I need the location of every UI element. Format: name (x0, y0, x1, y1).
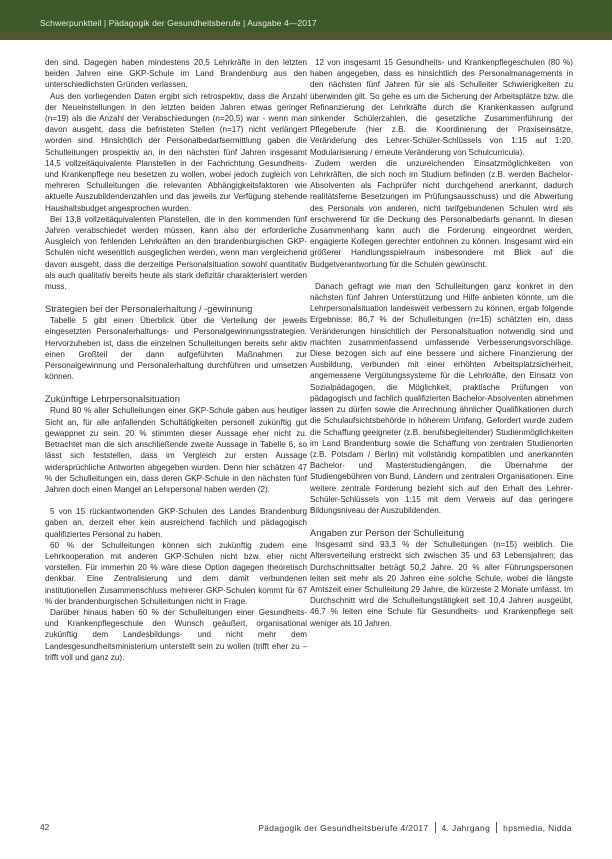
paragraph: Danach gefragt wie man den Schulleitunge… (310, 281, 573, 516)
footer-volume: 4. Jahrgang (442, 823, 491, 833)
paragraph: Zudem werden die unzureichenden Einsatzm… (310, 158, 573, 270)
paragraph: Darüber hinaus haben 60 % der Schulleitu… (45, 607, 307, 663)
paragraph: Aus den vorliegenden Daten ergibt sich r… (45, 91, 307, 214)
running-header-bar: Schwerpunktteil | Pädagogik der Gesundhe… (0, 0, 612, 32)
paragraph: den sind. Dagegen haben mindestens 20,5 … (45, 57, 307, 91)
section-heading-personalerhaltung: Strategien bei der Personalerhaltung / -… (45, 303, 307, 315)
left-column: den sind. Dagegen haben mindestens 20,5 … (45, 57, 307, 663)
running-header-title: Schwerpunktteil | Pädagogik der Gesundhe… (40, 18, 317, 28)
paragraph: 12 von insgesamt 15 Gesundheits- und Kra… (310, 57, 573, 158)
section-heading-schulleitung: Angaben zur Person der Schulleitung (310, 527, 573, 539)
paragraph: 60 % der Schulleitungen können sich zukü… (45, 540, 307, 607)
paragraph: Tabelle 5 gibt einen Überblick über die … (45, 315, 307, 382)
header-divider-strip (0, 32, 612, 40)
section-heading-lehrpersonalsituation: Zukünftige Lehrpersonalsituation (45, 393, 307, 405)
paragraph: Rund 80 % aller Schulleitungen einer GKP… (45, 405, 307, 495)
page-number: 42 (40, 822, 49, 832)
footer-citation: Pädagogik der Gesundheitsberufe 4/20174.… (258, 822, 572, 833)
footer-separator (496, 822, 497, 833)
footer-journal: Pädagogik der Gesundheitsberufe 4/2017 (258, 823, 428, 833)
paragraph: Insgesamt sind 93,3 % der Schulleitungen… (310, 539, 573, 629)
paragraph: Bei 13,8 vollzeitäquivalenten Planstelle… (45, 214, 307, 292)
footer-publisher: hpsmedia, Nidda (503, 823, 572, 833)
paragraph: 5 von 15 rückantwortenden GKP-Schulen de… (45, 506, 307, 540)
footer-separator (435, 822, 436, 833)
right-column: 12 von insgesamt 15 Gesundheits- und Kra… (310, 57, 573, 629)
